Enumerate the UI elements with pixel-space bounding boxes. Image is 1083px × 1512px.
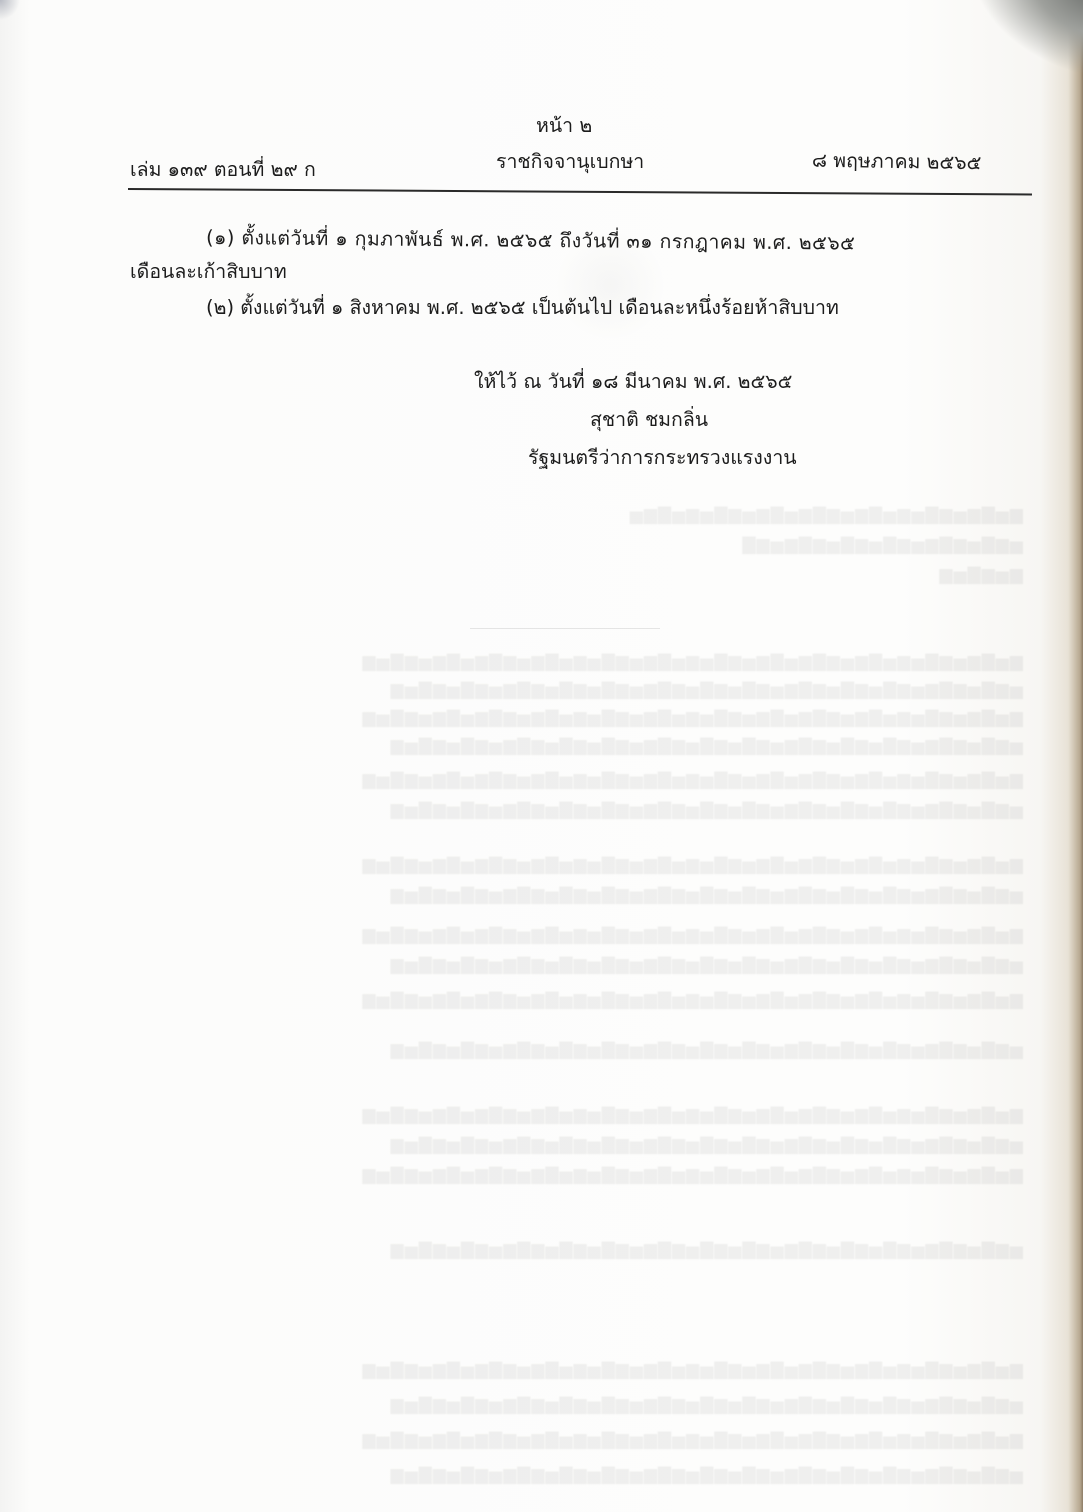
bleed-through-text: ▅▆▇▅▆▇▆▅▆▇▅▆▇▅▆▇▆▅▆▇ [380, 535, 1023, 555]
bleed-through-rule [470, 628, 660, 629]
signatory-name: สุชาติ ชมกลิ่น [590, 410, 708, 430]
bleed-through-text: ▅▆▇▅▆▇▆▅▆▇▅▆▇▅▆▇▆▅▆▇▅▆▇▅▆▇▆▅▆▇▅▆▇▅▆▇▆▅▆▇… [120, 1395, 1023, 1415]
bleed-through-text: ▆▅▇▆▅▆▇▅▆▅▇▆▅▆▇▆▅▇▆▅▆▇▅▆▅▇▆▅▆▇▅▆▅▇▆▅▆▇▆▅… [120, 925, 1023, 945]
bleed-through-text: ▆▅▇▆▅▆▇▅▆▅▇▆▅▆▇▆▅▇▆▅▆▇▅▆▅▇▆▅▆▇▅▆▅▇▆▅▆▇▆▅… [120, 990, 1023, 1010]
scanned-gazette-page: ▆▅▇▆▅▆▇▅▆▅▇▆▅▆▇▆▅▇▆▅▆▇▅▆▅▇▆▅ ▅▆▇▅▆▇▆▅▆▇▅… [0, 0, 1083, 1512]
bleed-through-text: ▆▅▇▆▅▆▇▅▆▅▇▆▅▆▇▆▅▇▆▅▆▇▅▆▅▇▆▅▆▇▅▆▅▇▆▅▆▇▆▅… [120, 1165, 1023, 1185]
bleed-through-text: ▅▆▇▅▆▇▆▅▆▇▅▆▇▅▆▇▆▅▆▇▅▆▇▅▆▇▆▅▆▇▅▆▇▅▆▇▆▅▆▇… [120, 1240, 1023, 1260]
bleed-through-text: ▅▆▇▅▆▇▆▅▆▇▅▆▇▅▆▇▆▅▆▇▅▆▇▅▆▇▆▅▆▇▅▆▇▅▆▇▆▅▆▇… [120, 680, 1023, 700]
bleed-through-text: ▆▅▇▆▅▆▇▅▆▅▇▆▅▆▇▆▅▇▆▅▆▇▅▆▅▇▆▅▆▇▅▆▅▇▆▅▆▇▆▅… [120, 1360, 1023, 1380]
bleed-through-text: ▆▅▇▆▅▆▇▅▆▅▇▆▅▆▇▆▅▇▆▅▆▇▅▆▅▇▆▅▆▇▅▆▅▇▆▅▆▇▆▅… [120, 708, 1023, 728]
bleed-through-text: ▅▆▇▅▆▇▆▅▆▇▅▆▇▅▆▇▆▅▆▇▅▆▇▅▆▇▆▅▆▇▅▆▇▅▆▇▆▅▆▇… [120, 885, 1023, 905]
bleed-through-text: ▆▅▇▆▅▆▇▅▆▅▇▆▅▆▇▆▅▇▆▅▆▇▅▆▅▇▆▅▆▇▅▆▅▇▆▅▆▇▆▅… [120, 770, 1023, 790]
bleed-through-text: ▆▅▆▇▅▆ [500, 565, 1023, 585]
bleed-through-text: ▆▅▇▆▅▆▇▅▆▅▇▆▅▆▇▆▅▇▆▅▆▇▅▆▅▇▆▅ [310, 505, 1023, 525]
bleed-through-text: ▆▅▇▆▅▆▇▅▆▅▇▆▅▆▇▆▅▇▆▅▆▇▅▆▅▇▆▅▆▇▅▆▅▇▆▅▆▇▆▅… [120, 855, 1023, 875]
bleed-through-text: ▅▆▇▅▆▇▆▅▆▇▅▆▇▅▆▇▆▅▆▇▅▆▇▅▆▇▆▅▆▇▅▆▇▅▆▇▆▅▆▇… [120, 1465, 1023, 1485]
clause-2: (๒) ตั้งแต่วันที่ ๑ สิงหาคม พ.ศ. ๒๕๖๕ เป… [206, 298, 839, 318]
clause-1-line-1: (๑) ตั้งแต่วันที่ ๑ กุมภาพันธ์ พ.ศ. ๒๕๖๕… [206, 228, 855, 253]
page-number: หน้า ๒ [536, 116, 592, 136]
publication-name: ราชกิจจานุเบกษา [496, 152, 644, 172]
volume-issue: เล่ม ๑๓๙ ตอนที่ ๒๙ ก [130, 160, 316, 180]
given-on-date: ให้ไว้ ณ วันที่ ๑๘ มีนาคม พ.ศ. ๒๕๖๕ [474, 372, 792, 392]
bleed-through-text: ▅▆▇▅▆▇▆▅▆▇▅▆▇▅▆▇▆▅▆▇▅▆▇▅▆▇▆▅▆▇▅▆▇▅▆▇▆▅▆▇… [120, 736, 1023, 756]
signatory-title: รัฐมนตรีว่าการกระทรวงแรงงาน [528, 448, 797, 468]
header-rule [128, 188, 1032, 196]
bleed-through-text: ▅▆▇▅▆▇▆▅▆▇▅▆▇▅▆▇▆▅▆▇▅▆▇▅▆▇▆▅▆▇▅▆▇▅▆▇▆▅▆▇… [120, 1135, 1023, 1155]
bleed-through-text: ▆▅▇▆▅▆▇▅▆▅▇▆▅▆▇▆▅▇▆▅▆▇▅▆▅▇▆▅▆▇▅▆▅▇▆▅▆▇▆▅… [120, 1105, 1023, 1125]
bleed-through-text: ▅▆▇▅▆▇▆▅▆▇▅▆▇▅▆▇▆▅▆▇▅▆▇▅▆▇▆▅▆▇▅▆▇▅▆▇▆▅▆▇… [120, 955, 1023, 975]
bleed-through-text: ▅▆▇▅▆▇▆▅▆▇▅▆▇▅▆▇▆▅▆▇▅▆▇▅▆▇▆▅▆▇▅▆▇▅▆▇▆▅▆▇… [120, 800, 1023, 820]
bleed-through-text: ▆▅▇▆▅▆▇▅▆▅▇▆▅▆▇▆▅▇▆▅▆▇▅▆▅▇▆▅▆▇▅▆▅▇▆▅▆▇▆▅… [120, 652, 1023, 672]
bleed-through-text: ▆▅▇▆▅▆▇▅▆▅▇▆▅▆▇▆▅▇▆▅▆▇▅▆▅▇▆▅▆▇▅▆▅▇▆▅▆▇▆▅… [120, 1430, 1023, 1450]
page-corner-shadow [948, 0, 1083, 82]
publication-date: ๘ พฤษภาคม ๒๕๖๕ [812, 151, 982, 173]
page-corner-shade [0, 0, 20, 20]
clause-1-line-2: เดือนละเก้าสิบบาท [130, 262, 287, 282]
bleed-through-text: ▅▆▇▅▆▇▆▅▆▇▅▆▇▅▆▇▆▅▆▇▅▆▇▅▆▇▆▅▆▇▅▆▇▅▆▇▆▅▆▇… [120, 1040, 1023, 1060]
